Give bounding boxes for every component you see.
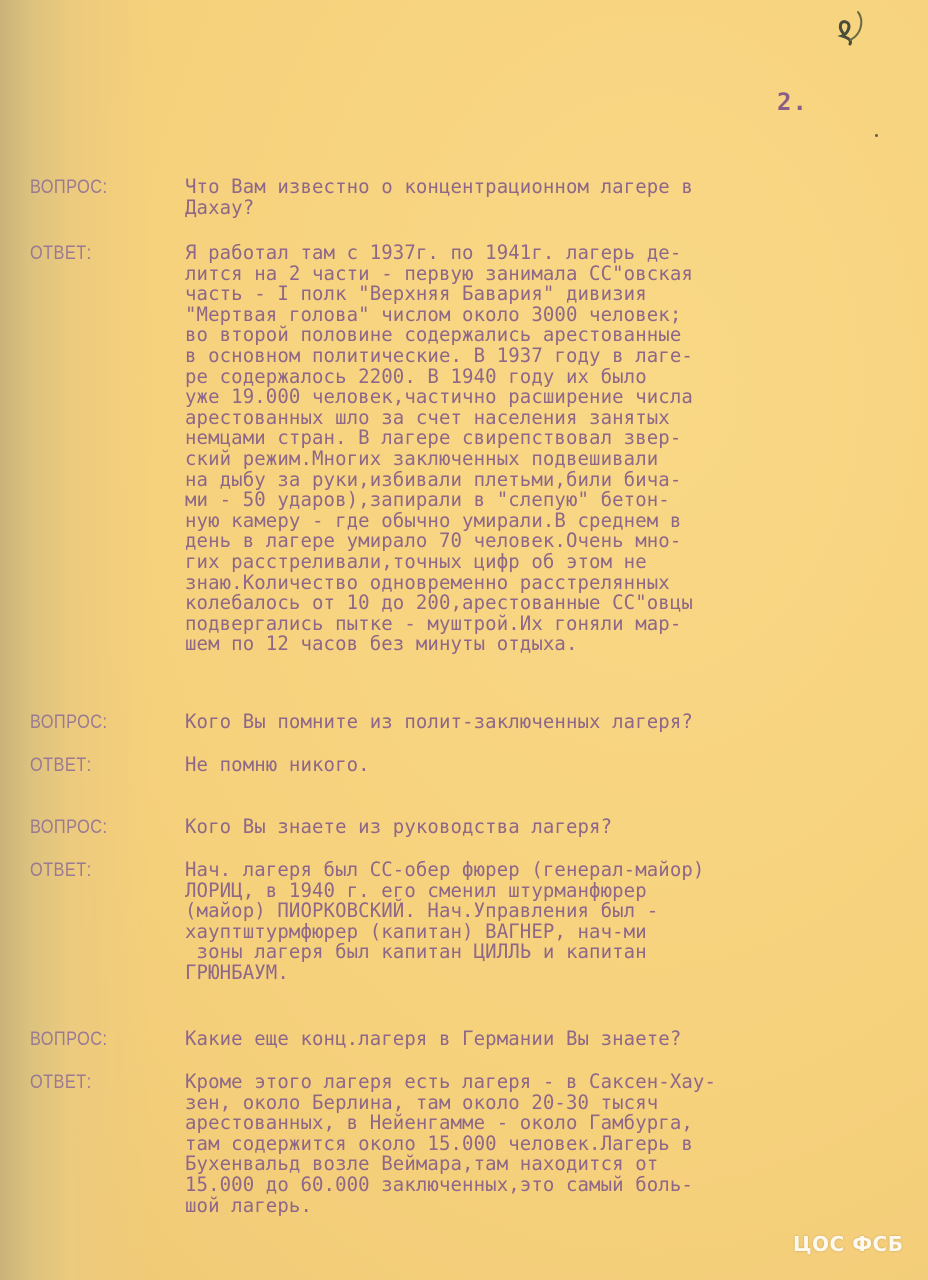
question-label: ВОПРОС: <box>30 177 107 199</box>
answer-text: Я работал там с 1937г. по 1941г. лагерь … <box>185 243 848 655</box>
question-text: Кого Вы знаете из руководства лагеря? <box>185 817 848 838</box>
question-label: ВОПРОС: <box>30 817 107 839</box>
question-text: Что Вам известно о концентрационном лаге… <box>185 177 848 218</box>
document-page: 2. ВОПРОС: Что Вам известно о концентрац… <box>0 0 928 1280</box>
answer-text: Кроме этого лагеря есть лагеря - в Саксе… <box>185 1072 848 1216</box>
answer-label: ОТВЕТ: <box>30 243 92 265</box>
answer-label: ОТВЕТ: <box>30 1072 92 1094</box>
question-label: ВОПРОС: <box>30 712 107 734</box>
watermark: ЦОС ФСБ <box>793 1232 903 1256</box>
answer-label: ОТВЕТ: <box>30 860 92 882</box>
question-label: ВОПРОС: <box>30 1029 107 1051</box>
ink-dot <box>875 134 878 137</box>
answer-text: Не помню никого. <box>185 755 848 776</box>
handwritten-signature-icon <box>828 8 872 48</box>
answer-text: Нач. лагеря был СС-обер фюрер (генерал-м… <box>185 860 848 984</box>
question-text: Кого Вы помните из полит-заключенных лаг… <box>185 712 848 733</box>
question-text: Какие еще конц.лагеря в Германии Вы знае… <box>185 1029 848 1050</box>
page-number: 2. <box>777 88 808 116</box>
answer-label: ОТВЕТ: <box>30 755 92 777</box>
